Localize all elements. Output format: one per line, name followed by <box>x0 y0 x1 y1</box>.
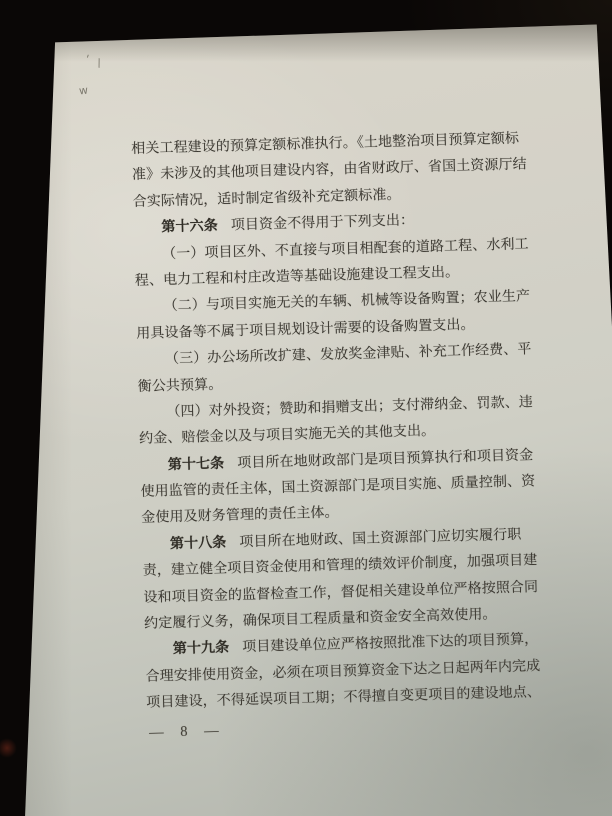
handwritten-mark: ' \ <box>83 52 105 70</box>
article-number: 第十七条 <box>168 456 225 473</box>
document-page: ' \ w 相关工程建设的预算定额标准执行。《土地整治项目预算定额标 准》未涉及… <box>0 0 612 816</box>
article-number: 第十九条 <box>173 641 230 658</box>
article-number: 第十六条 <box>161 219 218 236</box>
document-text: 相关工程建设的预算定额标准执行。《土地整治项目预算定额标 准》未涉及的其他项目建… <box>131 126 543 745</box>
handwritten-mark: w <box>78 84 88 98</box>
article-number: 第十八条 <box>170 535 227 552</box>
photo-background: ' \ w 相关工程建设的预算定额标准执行。《土地整治项目预算定额标 准》未涉及… <box>0 0 612 816</box>
